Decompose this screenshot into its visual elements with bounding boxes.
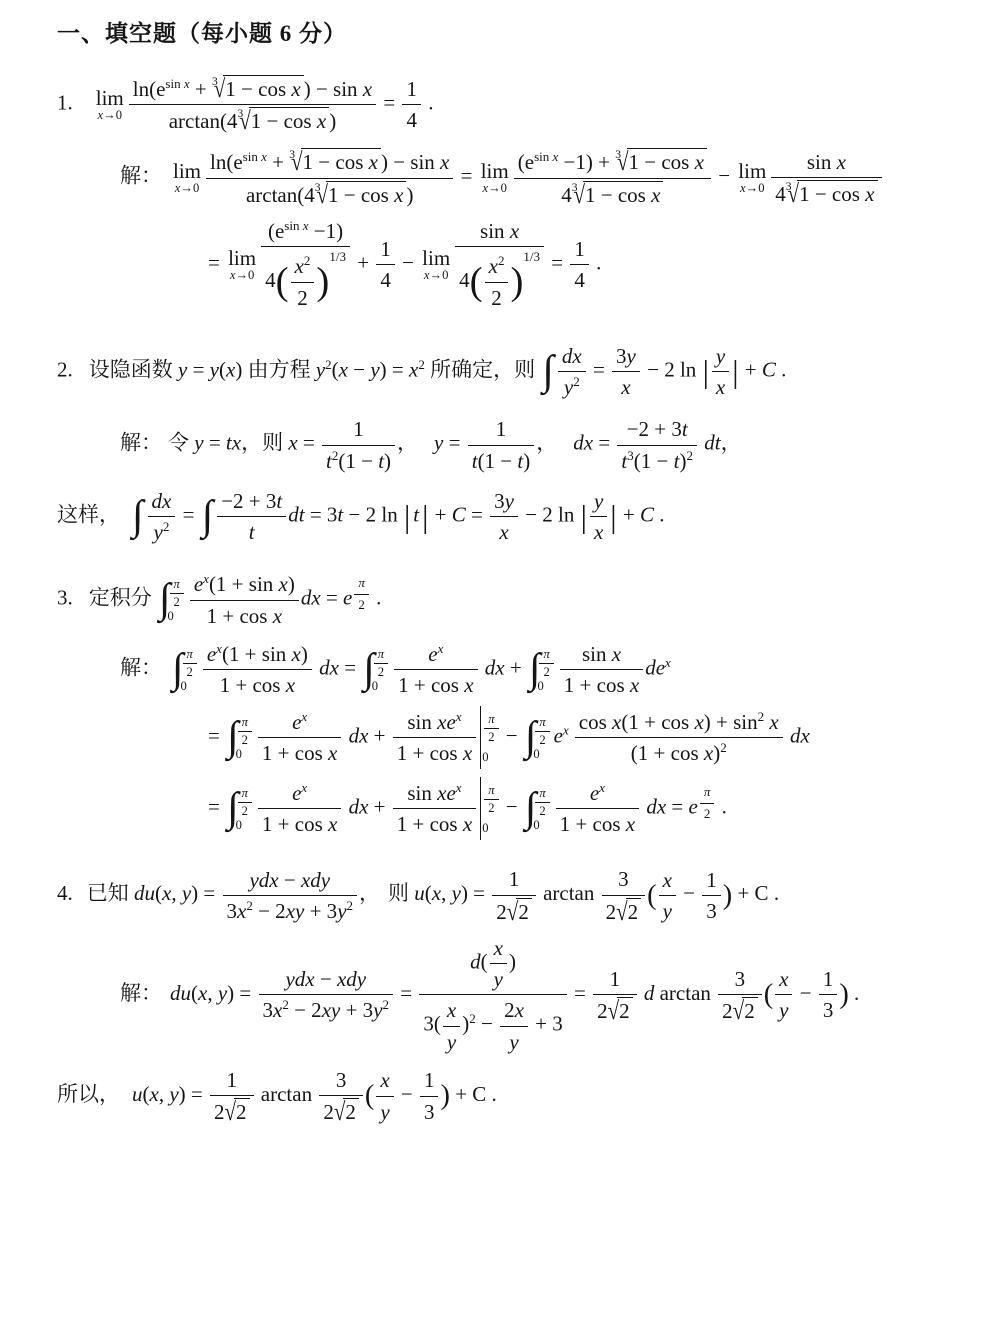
math-fraction: ln(esin x + 3√1 − cos x) − sin xarctan(4… xyxy=(129,75,376,135)
math-var: y xyxy=(178,358,187,382)
math-var: x xyxy=(563,723,569,738)
math-var: x xyxy=(226,358,235,382)
math-text: − 2 xyxy=(289,998,322,1022)
math-text: 0 xyxy=(236,818,242,832)
big-paren: ) xyxy=(510,265,523,300)
fraction-denominator: 43√1 − cos x xyxy=(771,178,881,207)
math-var: y xyxy=(434,431,443,455)
medium-paren: ) xyxy=(839,982,848,1008)
math-fraction: xy xyxy=(775,966,792,1024)
math-var: e xyxy=(343,586,352,610)
math-text: = xyxy=(443,431,465,455)
math-var: x xyxy=(456,709,462,724)
fraction-numerator: ex(1 + sin x) xyxy=(190,571,299,600)
fraction-numerator: 1 xyxy=(570,236,589,265)
math-text: 3( xyxy=(423,1012,441,1036)
math-text: −1) xyxy=(309,219,344,243)
tall-bar: | xyxy=(404,503,410,531)
math-integral: ∫π20 xyxy=(227,715,254,761)
math-var: y xyxy=(594,489,603,513)
math-var: x xyxy=(464,673,473,697)
math-text: 3 xyxy=(735,967,746,991)
fraction-numerator: 2x xyxy=(500,997,528,1026)
math-var: d xyxy=(470,950,481,974)
root-content: 1 − cos x xyxy=(249,107,329,134)
math-text: 1 xyxy=(227,1068,238,1092)
math-var: dx xyxy=(785,724,810,748)
problem-2-statement: 2.设隐函数 y = y(x) 由方程 y2(x − y) = x2 所确定，则… xyxy=(0,343,981,401)
math-text: 1 − cos xyxy=(799,182,865,206)
math-integral: ∫ xyxy=(542,352,554,392)
fraction-numerator: −2 + 3t xyxy=(617,416,697,445)
math-integral: ∫π20 xyxy=(529,647,556,693)
math-var: ydx xyxy=(249,868,278,892)
math-fraction: sin x4(x22)1/3 xyxy=(455,218,544,311)
fraction-numerator: 3 xyxy=(319,1067,363,1096)
math-text: 0 xyxy=(168,609,174,623)
math-var: x xyxy=(162,882,171,906)
math-text: = xyxy=(395,981,417,1005)
math-fraction: 1t(1 − t) xyxy=(468,416,535,474)
fraction-numerator: 3 xyxy=(718,966,762,995)
math-var: e xyxy=(292,710,301,734)
math-var: x xyxy=(432,882,441,906)
math-text: ) = xyxy=(380,358,409,382)
math-var: x xyxy=(409,358,418,382)
math-text: 3 xyxy=(494,489,505,513)
math-text: 3 xyxy=(424,1100,435,1124)
math-text: 2 xyxy=(242,733,248,747)
math-var: dt xyxy=(699,431,721,455)
math-fraction: d(xy)3(xy)2 − 2xy + 3 xyxy=(419,935,566,1055)
fraction-denominator: 2 xyxy=(354,595,369,613)
math-var: x xyxy=(288,431,297,455)
math-var: xe xyxy=(437,710,456,734)
math-label: 1. xyxy=(57,90,73,114)
math-fraction: 14 xyxy=(376,236,395,294)
bound-upper: π2 xyxy=(236,787,254,818)
math-var: x xyxy=(286,673,295,697)
math-superscript: π2 xyxy=(698,794,717,809)
math-text: 2 xyxy=(297,286,308,310)
math-superscript: 1/3 xyxy=(523,249,540,264)
math-text: + xyxy=(368,724,390,748)
math-text: 2 xyxy=(543,665,549,679)
math-fraction: π2 xyxy=(484,784,498,815)
math-var: xy xyxy=(286,899,305,923)
math-text: − xyxy=(713,164,735,188)
fraction-denominator: x xyxy=(490,517,518,545)
math-label: 由方程 xyxy=(242,358,316,382)
limit-word: lim xyxy=(173,160,201,182)
math-var: e xyxy=(689,795,698,819)
fraction-denominator: 3 xyxy=(420,1097,439,1125)
math-var: y xyxy=(169,1082,178,1106)
math-var: x xyxy=(865,182,874,206)
fraction-numerator: sin xex xyxy=(393,709,476,738)
math-var: xdy xyxy=(301,868,330,892)
math-text: 2 xyxy=(573,374,580,389)
math-text: sin xyxy=(534,149,552,164)
math-text: ) xyxy=(509,950,516,974)
fraction-numerator: ln(esin x + 3√1 − cos x) − sin x xyxy=(206,148,453,178)
math-text: 2 xyxy=(597,999,608,1023)
fraction-numerator: ydx − xdy xyxy=(223,867,358,896)
math-superscript: 2 xyxy=(163,519,170,534)
fraction-numerator: π xyxy=(238,716,252,732)
math-label: 所确定，则 xyxy=(425,358,541,382)
fraction-denominator: t xyxy=(217,517,286,545)
math-text: 1 − cos xyxy=(303,150,369,174)
math-text: 2 xyxy=(345,1100,356,1124)
math-text: 4 xyxy=(561,183,572,207)
math-superscript: 2 xyxy=(573,374,580,389)
math-text: = xyxy=(569,981,591,1005)
math-superscript: x xyxy=(665,655,671,670)
math-root: √2 xyxy=(608,997,633,1024)
math-var: y xyxy=(779,998,788,1022)
math-text: + xyxy=(368,795,390,819)
math-var: C xyxy=(762,358,776,382)
math-var: x xyxy=(769,710,778,734)
math-text: = xyxy=(208,795,225,819)
math-var: π xyxy=(488,712,494,726)
math-text: − xyxy=(501,795,523,819)
math-fraction: dxy2 xyxy=(558,343,586,401)
fraction-numerator: 3y xyxy=(490,488,518,517)
math-text: ) xyxy=(301,642,308,666)
math-var: x xyxy=(279,572,288,596)
fraction-denominator: t3(1 − t)2 xyxy=(617,446,697,474)
fraction-denominator: 43√1 − cos x xyxy=(514,179,711,208)
math-var: π xyxy=(242,786,248,800)
math-label: 解： xyxy=(120,164,162,188)
math-var: x xyxy=(665,655,671,670)
math-text: ) xyxy=(288,572,295,596)
math-text: = xyxy=(546,250,568,274)
math-text: , xyxy=(159,1082,170,1106)
bound-lower: 0 xyxy=(181,680,199,693)
math-text: = xyxy=(339,656,361,680)
math-text: 1 − cos xyxy=(225,77,291,101)
root-index: 3 xyxy=(615,149,621,161)
fraction-denominator: 1 + cos x xyxy=(190,601,299,629)
bound-upper: π2 xyxy=(482,784,500,815)
fraction-denominator: 2 xyxy=(183,664,197,679)
fraction-denominator: x xyxy=(590,517,607,545)
math-integral: ∫π20 xyxy=(227,786,254,832)
math-var: x xyxy=(394,183,403,207)
integral-bounds: π20 xyxy=(168,577,186,623)
math-text: (e xyxy=(268,219,284,243)
math-fraction: ydx − xdy3x2 − 2xy + 3y2 xyxy=(259,966,394,1024)
math-superscript: 1/3 xyxy=(329,249,346,264)
math-var: x xyxy=(779,967,788,991)
math-text: + xyxy=(429,503,451,527)
math-integral: ∫ xyxy=(202,497,214,537)
math-var: d xyxy=(639,981,655,1005)
fraction-denominator: 3x2 − 2xy + 3y2 xyxy=(223,896,358,924)
math-text: 1/3 xyxy=(523,249,540,264)
math-text: 2 xyxy=(378,665,384,679)
math-superscript: 2 xyxy=(720,741,727,756)
math-text: . xyxy=(654,503,665,527)
math-text: ) xyxy=(329,109,336,133)
fraction-denominator: 1 + cos x xyxy=(393,809,476,837)
math-var: x xyxy=(369,150,378,174)
math-var: y xyxy=(447,1030,456,1054)
math-text: 2 xyxy=(606,900,617,924)
fraction-numerator: x xyxy=(659,867,676,896)
math-integral: ∫π20 xyxy=(159,577,186,623)
math-fraction: 1t2(1 − t) xyxy=(322,416,395,474)
math-text: 1 xyxy=(706,868,717,892)
fraction-denominator: y2 xyxy=(148,517,176,545)
math-limit: limx→0 xyxy=(173,160,201,195)
math-label: 4. xyxy=(57,882,73,906)
math-text: = xyxy=(455,164,477,188)
math-var: y xyxy=(494,967,503,991)
root-index: 3 xyxy=(786,181,792,193)
math-text: 1 + cos xyxy=(397,812,463,836)
math-var: dx xyxy=(301,586,321,610)
medium-paren: ( xyxy=(365,1083,374,1109)
math-text: . xyxy=(371,586,382,610)
math-superscript: 2 xyxy=(304,254,311,269)
math-var: x xyxy=(489,254,498,278)
fraction-denominator: 1 + cos x xyxy=(258,809,341,837)
fraction-numerator: x xyxy=(376,1067,393,1096)
math-root: √2 xyxy=(225,1098,250,1125)
eval-bar-bounds: π20 xyxy=(482,712,500,765)
integral-bounds: π20 xyxy=(236,786,254,832)
fraction-denominator: y xyxy=(376,1097,393,1125)
math-var: x xyxy=(150,1082,159,1106)
math-text: 1 − cos xyxy=(585,183,651,207)
math-var: x xyxy=(295,254,304,278)
bound-upper: π2 xyxy=(482,713,500,744)
root-content: 1 − cos x xyxy=(326,181,406,208)
fraction-numerator: π xyxy=(535,716,549,732)
math-text: + 3 xyxy=(304,899,337,923)
problem-1-solution-line-1: 解：limx→0ln(esin x + 3√1 − cos x) − sin x… xyxy=(0,148,981,208)
fraction-denominator: 4(x22)1/3 xyxy=(261,247,350,311)
math-text: 2 xyxy=(619,999,630,1023)
math-var: e xyxy=(207,642,216,666)
math-text: − xyxy=(397,250,419,274)
math-superscript: 2 xyxy=(347,898,354,913)
math-var: x xyxy=(198,981,207,1005)
math-root: 3√1 − cos x xyxy=(212,75,304,102)
fraction-numerator: ex xyxy=(258,780,341,809)
math-text: 2 xyxy=(163,519,170,534)
fraction-denominator: 2 xyxy=(374,664,388,679)
math-text: (1 + cos xyxy=(631,741,704,765)
math-text: = xyxy=(588,358,610,382)
math-var: x xyxy=(339,358,348,382)
math-fraction: ex1 + cos x xyxy=(556,780,639,838)
math-var: t xyxy=(682,417,688,441)
math-label: 则 xyxy=(388,882,414,906)
fraction-numerator: 1 xyxy=(492,866,536,895)
root-sign-icon: √ xyxy=(334,1096,346,1128)
math-text: + xyxy=(740,358,762,382)
integral-bounds: π20 xyxy=(533,786,551,832)
math-limit: limx→0 xyxy=(228,247,256,282)
fraction-denominator: 4 xyxy=(402,105,421,133)
tall-bar: | xyxy=(581,503,587,531)
math-var: dx xyxy=(562,344,582,368)
math-fraction: ex(1 + sin x)1 + cos x xyxy=(190,571,299,629)
math-label: 解： xyxy=(120,656,162,680)
fraction-denominator: 2√2 xyxy=(492,896,536,925)
math-var: dx xyxy=(152,489,172,513)
math-var: x xyxy=(612,642,621,666)
fraction-denominator: 2 xyxy=(291,283,315,311)
math-var: dx xyxy=(480,656,505,680)
math-fraction: −2 + 3tt xyxy=(217,488,286,546)
fraction-denominator: t(1 − t) xyxy=(468,446,535,474)
math-fraction: 14 xyxy=(570,236,589,294)
limit-subscript: x→0 xyxy=(228,269,256,282)
math-var: t xyxy=(413,503,419,527)
math-fraction: sin xex1 + cos x xyxy=(393,709,476,767)
math-var: ydx xyxy=(285,967,314,991)
math-text: (e xyxy=(518,150,534,174)
math-text: 4 xyxy=(265,268,276,292)
math-root: √2 xyxy=(616,898,641,925)
fraction-numerator: 3y xyxy=(612,343,640,372)
math-text: 3 xyxy=(263,998,274,1022)
fraction-numerator: y xyxy=(712,343,729,372)
math-text: sin xyxy=(807,150,837,174)
math-var: x xyxy=(599,780,605,795)
math-fraction: xy xyxy=(490,935,507,993)
math-fraction: π2 xyxy=(170,578,184,609)
math-superscript: sin x xyxy=(534,149,558,164)
math-text: 3 xyxy=(227,899,238,923)
problem-2-solution-line-2: 这样，∫dxy2 = ∫−2 + 3ttdt = 3t − 2 ln |t| +… xyxy=(0,488,981,546)
math-text: 1 xyxy=(353,417,364,441)
fraction-denominator: 2 xyxy=(238,732,252,747)
fraction-denominator: y xyxy=(500,1027,528,1055)
math-limit: limx→0 xyxy=(738,160,766,195)
math-root: 3√1 − cos x xyxy=(289,148,381,175)
limit-subscript: x→0 xyxy=(96,109,124,122)
fraction-numerator: (esin x −1) xyxy=(261,218,350,247)
math-var: y xyxy=(337,899,346,923)
math-text: (1 − xyxy=(634,449,674,473)
math-var: u xyxy=(414,882,425,906)
fraction-numerator: −2 + 3t xyxy=(217,488,286,517)
math-fraction: 3yx xyxy=(490,488,518,546)
math-var: e xyxy=(292,781,301,805)
math-var: t xyxy=(276,489,282,513)
fraction-numerator: 1 xyxy=(210,1067,254,1096)
root-sign-icon: √ xyxy=(225,1096,237,1128)
math-var: tx xyxy=(226,431,241,455)
fraction-numerator: π xyxy=(484,784,498,800)
fraction-numerator: x2 xyxy=(485,253,509,282)
math-var: x xyxy=(317,109,326,133)
math-var: du xyxy=(134,882,155,906)
math-text: 3 xyxy=(336,1068,347,1092)
fraction-denominator: 2 xyxy=(485,283,509,311)
math-root: √2 xyxy=(334,1098,359,1125)
math-var: x xyxy=(499,520,508,544)
integral-sign-icon: ∫ xyxy=(202,497,214,537)
math-label: ， xyxy=(359,882,380,906)
math-text: 1 xyxy=(610,967,621,991)
math-text: sin xyxy=(407,710,437,734)
bound-lower: 0 xyxy=(482,751,500,764)
math-text: 4 xyxy=(775,182,786,206)
fraction-denominator: arctan(43√1 − cos x) xyxy=(129,105,376,134)
bound-lower: 0 xyxy=(482,822,500,835)
limit-subscript: x→0 xyxy=(422,269,450,282)
math-text: = xyxy=(666,795,688,819)
math-text: 1 + cos xyxy=(220,673,286,697)
math-var: e xyxy=(590,781,599,805)
fraction-denominator: 1 + cos x xyxy=(393,738,476,766)
integral-bounds: π20 xyxy=(372,647,390,693)
math-var: π xyxy=(174,577,180,591)
math-text: (1 − xyxy=(338,449,378,473)
math-fraction: x22 xyxy=(485,253,509,311)
math-text: →0 xyxy=(235,268,254,282)
root-index: 3 xyxy=(237,108,243,120)
medium-paren: ( xyxy=(764,982,773,1008)
root-sign-icon: √ xyxy=(733,995,745,1027)
math-var: dx xyxy=(314,656,339,680)
math-text: − xyxy=(348,358,370,382)
math-var: π xyxy=(539,786,545,800)
math-label: 2. xyxy=(57,358,73,382)
root-sign-icon: √ xyxy=(507,895,519,927)
math-text: ) xyxy=(384,449,391,473)
problem-3-statement: 3.定积分 ∫π20ex(1 + sin x)1 + cos xdx = eπ2… xyxy=(0,571,981,629)
math-text: 1 + cos xyxy=(207,604,273,628)
fraction-denominator: 1 + cos x xyxy=(258,738,341,766)
fraction-numerator: ln(esin x + 3√1 − cos x) − sin x xyxy=(129,75,376,105)
math-fraction: 14 xyxy=(402,76,421,134)
math-text: 4 xyxy=(459,268,470,292)
big-paren: ) xyxy=(316,265,329,300)
math-var: π xyxy=(187,647,193,661)
problem-3-solution-line-1: 解：∫π20ex(1 + sin x)1 + cos x dx = ∫π20ex… xyxy=(0,641,981,699)
math-var: x xyxy=(837,150,846,174)
limit-subscript: x→0 xyxy=(738,182,766,195)
math-limit: limx→0 xyxy=(481,160,509,195)
math-text: 0 xyxy=(236,747,242,761)
math-text: 1 + cos xyxy=(262,741,328,765)
math-text: 2 xyxy=(628,900,639,924)
math-text: 2 xyxy=(214,1100,225,1124)
math-var: dx xyxy=(343,795,368,819)
fraction-denominator: y xyxy=(659,896,676,924)
math-eval-bar: π20 xyxy=(480,706,500,769)
math-var: y xyxy=(509,1030,518,1054)
math-fraction: sin x1 + cos x xyxy=(560,641,643,699)
limit-subscript: x→0 xyxy=(173,182,201,195)
fraction-numerator: π xyxy=(354,575,369,594)
math-text: arctan(4 xyxy=(169,109,238,133)
math-var: y xyxy=(194,431,203,455)
fraction-denominator: 2 xyxy=(700,804,715,822)
math-var: y xyxy=(373,998,382,1022)
math-text: ( xyxy=(219,358,226,382)
math-text: arctan xyxy=(538,882,600,906)
